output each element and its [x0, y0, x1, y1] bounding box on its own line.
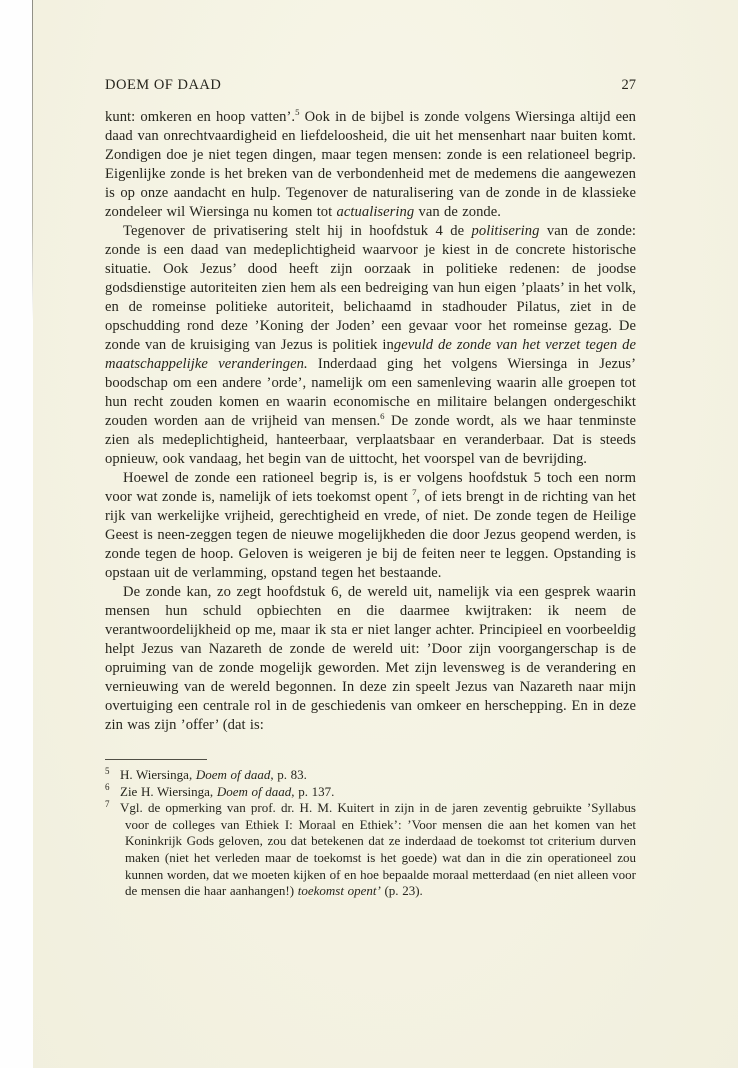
paragraph: kunt: omkeren en hoop vatten’.5 Ook in d…: [105, 108, 636, 222]
book-page: DOEM OF DAAD 27 kunt: omkeren en hoop va…: [33, 0, 738, 1068]
text-run: De zonde kan, zo zegt hoofdstuk 6, de we…: [105, 584, 636, 733]
running-head-title: DOEM OF DAAD: [105, 76, 221, 94]
text-run: (p. 23).: [381, 883, 423, 898]
text-run: H. Wiersinga,: [120, 767, 196, 782]
text-run: van de zonde: zonde is een daad van mede…: [105, 223, 636, 353]
text-run: Tegenover de privatisering stelt hij in …: [123, 223, 472, 239]
footnote-item: 5H. Wiersinga, Doem of daad, p. 83.: [105, 767, 636, 784]
italic-text: Doem of daad: [196, 767, 270, 782]
footnote-item: 7Vgl. de opmerking van prof. dr. H. M. K…: [105, 800, 636, 900]
italic-text: toekomst opent’: [298, 883, 381, 898]
paragraph: Hoewel de zonde een rationeel begrip is,…: [105, 469, 636, 583]
scan-left-margin: [0, 0, 33, 1068]
paragraph: De zonde kan, zo zegt hoofdstuk 6, de we…: [105, 583, 636, 735]
footnote-item: 6Zie H. Wiersinga, Doem of daad, p. 137.: [105, 784, 636, 801]
italic-text: Doem of daad: [217, 784, 291, 799]
page-number: 27: [622, 76, 637, 94]
footnote-separator: [105, 759, 207, 760]
footnotes: 5H. Wiersinga, Doem of daad, p. 83.6Zie …: [105, 767, 636, 900]
italic-text: politisering: [472, 223, 540, 239]
text-run: , p. 83.: [270, 767, 307, 782]
body-text: kunt: omkeren en hoop vatten’.5 Ook in d…: [105, 108, 636, 735]
text-run: kunt: omkeren en hoop vatten’.: [105, 109, 295, 125]
text-run: van de zonde.: [414, 204, 501, 220]
paragraph: Tegenover de privatisering stelt hij in …: [105, 222, 636, 469]
text-run: Zie H. Wiersinga,: [120, 784, 217, 799]
italic-text: actualisering: [337, 204, 415, 220]
scanned-page: DOEM OF DAAD 27 kunt: omkeren en hoop va…: [0, 0, 738, 1068]
page-header: DOEM OF DAAD 27: [105, 76, 636, 94]
text-run: , p. 137.: [291, 784, 334, 799]
